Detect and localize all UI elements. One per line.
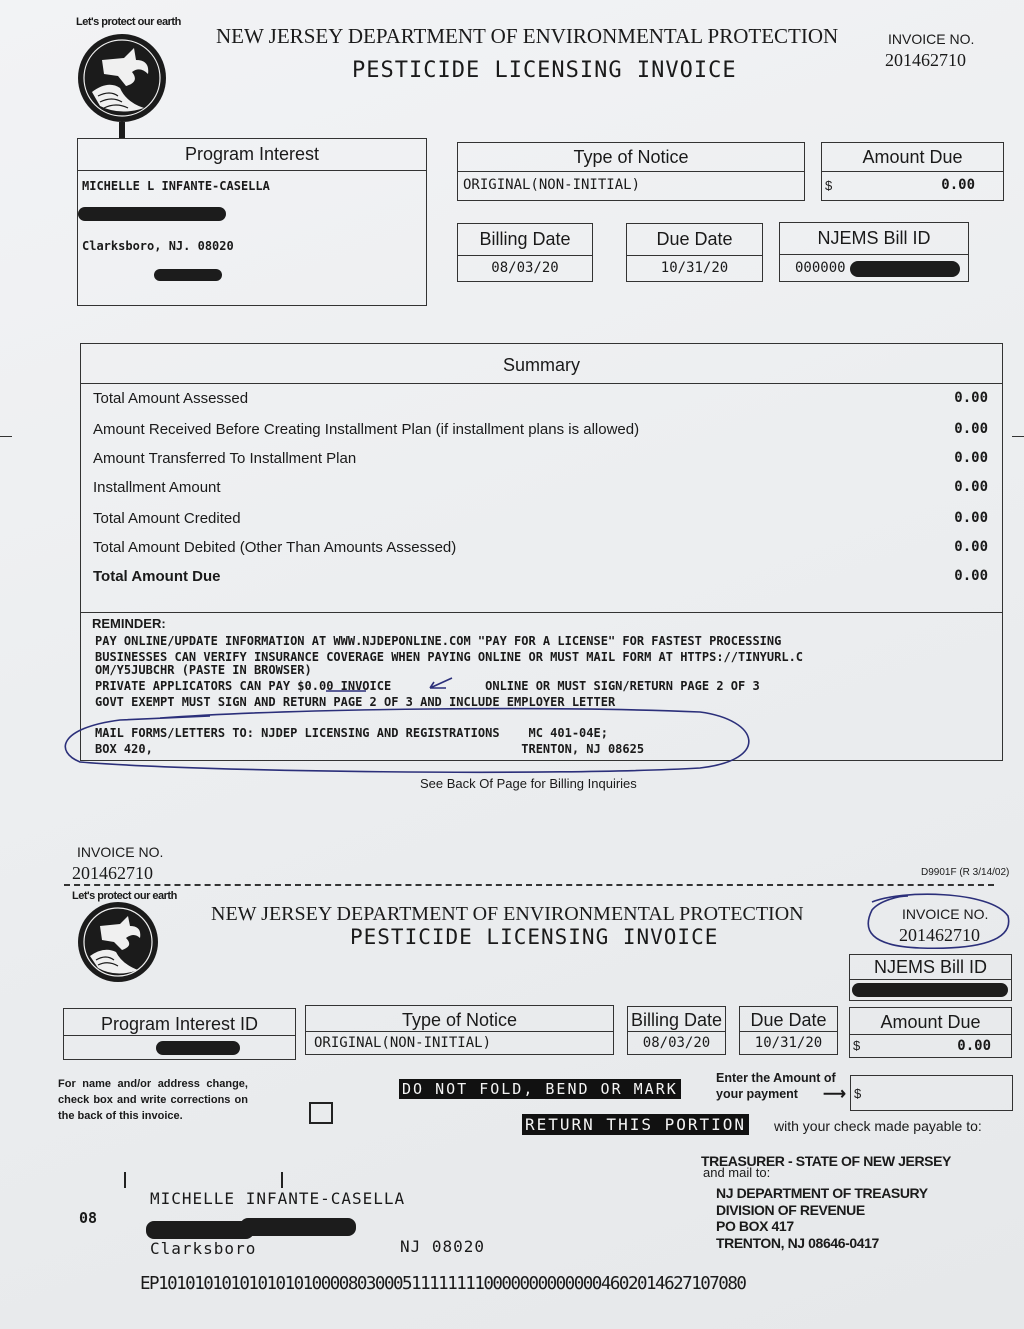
treasury-address-line: PO BOX 417 (716, 1218, 794, 1234)
stub-invoice-no: 201462710 (72, 863, 153, 884)
return-this-portion-banner: RETURN THIS PORTION (522, 1114, 749, 1135)
window-mark (124, 1172, 126, 1188)
stub-due-date-header: Due Date (740, 1007, 837, 1032)
stub-amount-due-currency: $ (853, 1035, 860, 1057)
stub-billing-date-value: 08/03/20 (628, 1032, 725, 1054)
address-change-note: For name and/or address change, check bo… (58, 1076, 248, 1124)
fold-mark (0, 436, 12, 437)
stub-amount-due-value: 0.00 (957, 1035, 991, 1057)
window-mark (281, 1172, 283, 1188)
stub-invoice-no-label-right: INVOICE NO. (902, 906, 988, 922)
mailing-code: 08 (79, 1209, 97, 1227)
stub-billing-date-box: Billing Date 08/03/20 (627, 1006, 726, 1055)
redacted-mailing-street (146, 1221, 254, 1239)
fold-mark (1012, 436, 1024, 437)
and-mail-to: and mail to: (703, 1165, 770, 1180)
program-interest-id-header: Program Interest ID (64, 1009, 295, 1036)
stub-invoice-no-label: INVOICE NO. (77, 844, 163, 860)
stub-njems-bill-id-box: NJEMS Bill ID (849, 954, 1012, 1001)
stub-type-of-notice-box: Type of Notice ORIGINAL(NON-INITIAL) (305, 1005, 614, 1055)
mailing-city: Clarksboro (150, 1239, 256, 1258)
mailing-name: MICHELLE INFANTE-CASELLA (150, 1189, 405, 1208)
tear-line (64, 884, 994, 886)
address-change-checkbox[interactable] (309, 1102, 333, 1124)
program-interest-id-box: Program Interest ID (63, 1008, 296, 1060)
stub-due-date-box: Due Date 10/31/20 (739, 1006, 838, 1055)
redacted-mailing-street-2 (240, 1218, 356, 1236)
arrow-right-icon: ⟶ (823, 1084, 846, 1104)
redacted-program-interest-id (156, 1041, 240, 1055)
stub-amount-due-header: Amount Due (850, 1008, 1011, 1035)
stub-type-of-notice-header: Type of Notice (306, 1006, 613, 1032)
stub-department-name: NEW JERSEY DEPARTMENT OF ENVIRONMENTAL P… (211, 903, 804, 926)
stub-njems-bill-id-header: NJEMS Bill ID (850, 955, 1011, 980)
stub-type-of-notice-value: ORIGINAL(NON-INITIAL) (306, 1032, 613, 1055)
stub-billing-date-header: Billing Date (628, 1007, 725, 1032)
payable-to-text: with your check made payable to: (774, 1118, 982, 1134)
stub-njdep-globe-logo-icon (70, 902, 170, 986)
payment-amount-input[interactable]: $ (850, 1075, 1013, 1111)
mailing-state-zip: NJ 08020 (400, 1237, 485, 1256)
stub-invoice-title: PESTICIDE LICENSING INVOICE (350, 925, 718, 949)
payment-currency: $ (854, 1086, 861, 1101)
treasury-address-line: NJ DEPARTMENT OF TREASURY (716, 1185, 928, 1201)
treasury-address-line: TRENTON, NJ 08646-0417 (716, 1235, 879, 1251)
stub-amount-due-box: Amount Due $ 0.00 (849, 1007, 1012, 1058)
stub-invoice-no-right: 201462710 (899, 925, 980, 946)
form-code: D9901F (R 3/14/02) (921, 867, 1009, 878)
stub-due-date-value: 10/31/20 (740, 1032, 837, 1054)
treasury-address-line: DIVISION OF REVENUE (716, 1202, 865, 1218)
redacted-stub-bill-id (852, 983, 1008, 997)
do-not-fold-banner: DO NOT FOLD, BEND OR MARK (399, 1079, 681, 1099)
ocr-scanline: EP10101010101010101000080300051111111100… (140, 1274, 745, 1294)
stub-logo-tagline: Let's protect our earth (72, 890, 177, 902)
enter-amount-label: Enter the Amount of your payment (716, 1070, 840, 1102)
